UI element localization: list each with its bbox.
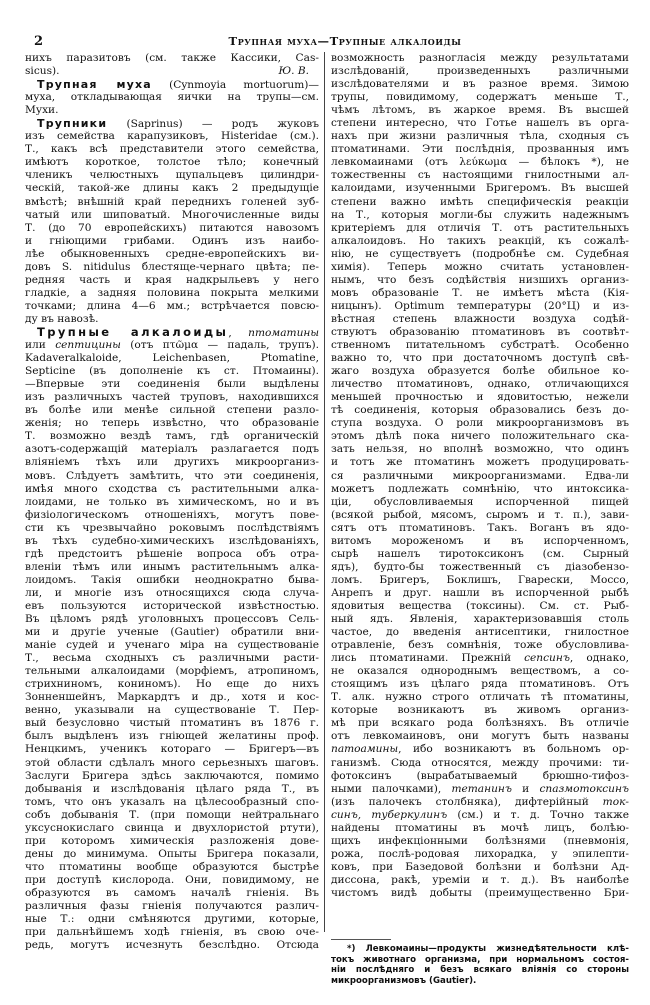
text-line: —Впервые эти соединенія были выдѣлены [25, 378, 319, 391]
text-line: нахъ при жизни различныя тѣла, сходныя с… [331, 130, 629, 143]
italic-term: сепсинъ [524, 652, 570, 664]
entry-text: или [25, 339, 55, 351]
text-line: Т. возможно вездѣ тамъ, гдѣ органическій [25, 430, 319, 443]
entry-text: мѣ при всякаго рода болѣзняхъ. Въ отличі… [331, 717, 629, 729]
entry-text: Т. алк. нужно строго отличать тѣ птомати… [331, 691, 629, 703]
text-line: стоящимъ изъ цѣлаго ряда птоматиновъ. От… [331, 678, 629, 691]
entry-text: ціи, обусловливаемыя испорченной пищей [331, 496, 629, 508]
text-line: ковъ, при Базедовой болѣзни и болѣзни Ад… [331, 861, 629, 874]
footnote-line: токъ животнаго организма, при нормальном… [331, 955, 629, 966]
text-line: при дальнѣйшемъ ходѣ гніенія, въ свою оч… [25, 926, 319, 939]
text-line: химія). Теперь можно считать установлен- [331, 261, 629, 274]
text-line: левкомаинами (отъ λεύκωμα — бѣлокъ *), н… [331, 156, 629, 169]
text-line: мѣ при всякаго рода болѣзняхъ. Въ отличі… [331, 717, 629, 730]
text-line: въ болѣе или менѣе сильной степени разло… [25, 404, 319, 417]
text-line: Т., весьма сходныхъ съ различными расти- [25, 652, 319, 665]
entry-headword: Трупная муха [37, 78, 152, 91]
footnote-line: микроорганизмовъ (Gautier). [331, 976, 629, 987]
entry-text: этой области сдѣлалъ много серьезныхъ ша… [25, 757, 319, 769]
text-line: вѣстная степень влажности воздуха содѣй- [331, 313, 629, 326]
entry-text: трупы, повидимому, содержатъ меньше Т., [331, 91, 629, 103]
entry-text: Т. возможно вездѣ тамъ, гдѣ органическій [25, 430, 319, 442]
text-line: или септицины (отъ πτῶμα — падаль, трупъ… [25, 339, 319, 352]
entry-text: химія). Теперь можно считать установлен- [331, 261, 629, 273]
entry-text: (изъ палочекъ столбняка), дифтерійный [331, 796, 603, 808]
entry-text: важно то, что при достаточномъ доступѣ с… [331, 352, 629, 364]
author-signature: Ю. В. [278, 65, 319, 78]
text-line: нихъ паразитовъ (см. также Кассики, Cas- [25, 52, 319, 65]
entry-text: Ненцкимъ, ученикъ котораго — Бригеръ—въ [25, 743, 319, 755]
text-line: зать нельзя, но вполнѣ возможно, что оди… [331, 443, 629, 456]
entry-text: дены до минимума. Опыты Бригера показали… [25, 848, 319, 860]
entry-text: ственномъ питательномъ субстратѣ. Особен… [331, 339, 629, 351]
text-line: ся различными микроорганизмами. Едва-ли [331, 470, 629, 483]
text-line: при доступѣ кислорода. Они, повидимому, … [25, 874, 319, 887]
text-line: тѣ соединенія, которыя образовались безъ… [331, 404, 629, 417]
entry-text: Т. (до 70 европейскихъ) питаются навозом… [25, 222, 319, 234]
entry-text: вленіи тѣмъ или инымъ растительнымъ алка… [25, 561, 319, 573]
entry-text: муха, откладывающая яички на трупы—см. [25, 91, 319, 103]
entry-text: сти къ чрезвычайно роковымъ послѣдствіям… [25, 522, 319, 534]
text-line: ли, и многіе изъ относящихся сюда случа- [25, 587, 319, 600]
entry-text: нахъ при жизни различныя тѣла, сходныя с… [331, 130, 629, 142]
entry-text: въ тѣхъ судебно-химическихъ изслѣдованія… [25, 535, 319, 547]
text-line: этой области сдѣлалъ много серьезныхъ ша… [25, 757, 319, 770]
entry-text: калоидами, изученными Бригеромъ. Въ высш… [331, 182, 629, 194]
text-line: гдѣ предстоитъ рѣшеніе вопроса объ отра- [25, 548, 319, 561]
entry-text: имѣя много сходства съ растительными алк… [25, 483, 319, 495]
entry-text: ломъ. Бригеръ, Боклишъ, Гварески, Моссо, [331, 574, 629, 586]
entry-text: редняя часть и края надкрыльевъ у него [25, 274, 319, 286]
text-line: имѣютъ короткое, толстое тѣло; конечный [25, 156, 319, 169]
entry-text: въ болѣе или менѣе сильной степени разло… [25, 404, 319, 416]
text-line: Заслуги Бригера здѣсь заключаются, помим… [25, 770, 319, 783]
entry-text: зать нельзя, но вполнѣ возможно, что оди… [331, 443, 629, 455]
text-line: чатый или шиповатый. Многочисленные виды [25, 209, 319, 222]
entry-text: былъ выдѣленъ изъ гніющей желатины проф. [25, 730, 319, 742]
text-line: гладкіе, а задняя половина покрыта мелки… [25, 287, 319, 300]
entry-text: критеріемъ для отличія Т. отъ растительн… [331, 222, 629, 234]
entry-text: витомъ мороженомъ и въ испорченномъ, [331, 535, 629, 547]
entry-text: (всякой рыбой, мясомъ, сыромъ и т. п.), … [331, 509, 629, 521]
text-line: муха, откладывающая яички на трупы—см. [25, 91, 319, 104]
text-line: калоидами, изученными Бригеромъ. Въ высш… [331, 182, 629, 195]
entry-text: ными палочками), [331, 783, 451, 795]
text-line: ломъ. Бригеръ, Боклишъ, Гварески, Моссо, [331, 574, 629, 587]
text-line: лоидомъ. Такія ошибки неоднократно быва- [25, 574, 319, 587]
entry-text: Зонненшейнъ, Маркардтъ и др., хотя и кос… [25, 691, 319, 703]
italic-term: патоамины [331, 743, 398, 755]
footnote: *) Левкомаины—продукты жизнедѣятельности… [331, 944, 629, 986]
entry-text: редь, могутъ исчезнуть безслѣдно. Отсюда [25, 939, 319, 951]
text-line: чѣмъ лѣтомъ, въ жаркое время. Въ высшей [331, 104, 629, 117]
text-line: изъ различныхъ частей труповъ, находивши… [25, 391, 319, 404]
text-line: сятъ отъ птоматиновъ. Такъ. Воганъ въ яд… [331, 522, 629, 535]
entry-text: диссона, ракѣ, уреміи и т. д.). Въ наибо… [331, 874, 629, 886]
entry-text: которые возникаютъ въ живомъ организ- [331, 704, 629, 716]
text-line: патоамины, ибо возникаютъ въ больномъ ор… [331, 743, 629, 756]
text-line: ступа воздуха. О роли микроорганизмовъ в… [331, 417, 629, 430]
column-divider [324, 52, 325, 932]
text-line: образуются въ самомъ началѣ гніенія. Въ [25, 887, 319, 900]
page-header: 2 Трупная муха—Трупные алкалоиды [0, 34, 650, 50]
entry-text: щихъ инфекціонными болѣзнями (пневмонія, [331, 835, 629, 847]
text-line: ческій, такой-же длины какъ 2 предыдущіе [25, 182, 319, 195]
text-line: важно то, что при достаточномъ доступѣ с… [331, 352, 629, 365]
running-title: Трупная муха—Трупные алкалоиды [0, 34, 650, 48]
text-line: можетъ подлежать сомнѣнію, что интоксика… [331, 483, 629, 496]
entry-text: маніе судей и ученаго міра на существова… [25, 639, 319, 651]
entry-text: ковъ, при Базедовой болѣзни и болѣзни Ад… [331, 861, 629, 873]
entry-text: степени интересно, что Готье нашелъ въ о… [331, 117, 629, 129]
entry-text: ный ядъ. Явленія, характеризовавшія стол… [331, 613, 629, 625]
entry-text: что птоматины вообще образуются быстрѣе [25, 861, 319, 873]
text-line: лоидами, не только въ химическомъ, но и … [25, 496, 319, 509]
entry-text: алкалоидовъ. Но такихъ реакцій, къ сожал… [331, 235, 629, 247]
entry-text: при которомъ химическія разложенія дове- [25, 835, 319, 847]
entry-text: Kadaveralkaloide, Leichenbasen, Ptomatin… [25, 352, 319, 364]
entry-text: изслѣдователями и въ разное время. Зимою [331, 78, 629, 90]
text-line: имѣя много сходства съ растительными алк… [25, 483, 319, 496]
entry-text: не оказался однороднымъ веществомъ, а со… [331, 665, 629, 677]
entry-text: (Cynmoyia mortuorum)— [152, 79, 319, 91]
text-line: на Т., которыя могли-бы служить надежным… [331, 209, 629, 222]
text-line: нымъ, что безъ содѣйствія низшихъ органи… [331, 274, 629, 287]
text-line: лѣе обыкновенныхъ средне-европейскихъ ви… [25, 248, 319, 261]
text-line: женія; но теперь извѣстно, что образован… [25, 417, 319, 430]
text-line: ганизмѣ. Сюда относятся, между прочими: … [331, 757, 629, 770]
text-line: витомъ мороженомъ и въ испорченномъ, [331, 535, 629, 548]
entry-text: Septicine (въ дополненіе къ ст. Птомаины… [25, 365, 319, 377]
entry-text: , [228, 327, 248, 339]
entry-text: ганизмѣ. Сюда относятся, между прочими: … [331, 757, 629, 769]
text-line: степени важно имѣть специфическія реакці… [331, 196, 629, 209]
entry-text: довъ S. nitidulus блестяще-чернаго цвѣта… [25, 261, 319, 273]
entry-text: сырѣ нашелъ тиротоксиконъ (см. Сырный [331, 548, 629, 560]
entry-text: и гніющими грибами. Одинъ изъ наибо- [25, 235, 319, 247]
entry-text: образуются въ самомъ началѣ гніенія. Въ [25, 887, 319, 899]
text-line: вленіи тѣмъ или инымъ растительнымъ алка… [25, 561, 319, 574]
entry-text: ду въ навозѣ. [25, 313, 98, 325]
text-line: изъ семейства карапузиковъ, Histeridae (… [25, 130, 319, 143]
text-line: мовъ. Слѣдуетъ замѣтить, что эти соедине… [25, 470, 319, 483]
text-line: физіологическомъ отношеніяхъ, могутъ пов… [25, 509, 319, 522]
entry-text: лоидами, не только въ химическомъ, но и … [25, 496, 319, 508]
entry-text: фотоксинъ (вырабатываемый брюшно-тифоз- [331, 770, 629, 782]
footnote-line: ніи послѣдняго и безъ всякаго вліянія со… [331, 965, 629, 976]
text-line: щихъ инфекціонными болѣзнями (пневмонія, [331, 835, 629, 848]
entry-headword: Трупные алкалоиды [37, 326, 228, 339]
entry-text: нихъ паразитовъ (см. также Кассики, Cas- [25, 52, 319, 64]
text-line: Анрепъ и друг. нашли въ испорченной рыбѣ [331, 587, 629, 600]
text-line: Трупники (Saprinus) — родъ жуковъ [25, 117, 319, 130]
entry-text: венно, указывали на существованіе Т. Пер… [25, 704, 319, 716]
entry-text: Т., весьма сходныхъ съ различными расти- [25, 652, 319, 664]
text-line: ядъ), будто-бы тожественный съ діазобенз… [331, 561, 629, 574]
entry-text: степени важно имѣть специфическія реакці… [331, 196, 629, 208]
entry-text: вый безусловно чистый птоматинъ въ 1876 … [25, 717, 319, 729]
entry-text: нію, не существуетъ (подробнѣе см. Судеб… [331, 248, 629, 260]
text-line: Зонненшейнъ, Маркардтъ и др., хотя и кос… [25, 691, 319, 704]
entry-text: тельными алкалоидами (морфіемъ, атропино… [25, 665, 319, 677]
entry-text: ли, и многіе изъ относящихся сюда случа- [25, 587, 319, 599]
entry-text: ницынъ). Optimum температуры (20°Ц) и из… [331, 300, 629, 312]
entry-text: при дальнѣйшемъ ходѣ гніенія, въ свою оч… [25, 926, 319, 938]
entry-text: ступа воздуха. О роли микроорганизмовъ в… [331, 417, 629, 429]
text-line: ду въ навозѣ. [25, 313, 319, 326]
entry-text: собъ добыванія Т. (при помощи нейтральна… [25, 809, 319, 821]
entry-text: добыванія и изслѣдованія цѣлаго ряда Т.,… [25, 783, 319, 795]
text-line: Трупные алкалоиды, птоматины [25, 326, 319, 339]
entry-text: частое, до введенія антисептики, гнилост… [331, 626, 629, 638]
entry-text: ные Т.: одни смѣняются другими, которые, [25, 913, 319, 925]
entry-text: тожественны съ настоящими гнилостными ал… [331, 169, 629, 181]
entry-text: Заслуги Бригера здѣсь заключаются, помим… [25, 770, 319, 782]
text-line: сырѣ нашелъ тиротоксиконъ (см. Сырный [331, 548, 629, 561]
text-line: ми и другіе ученые (Gautier) обратили вн… [25, 626, 319, 639]
text-line: жаго воздуха образуется болѣе обильное к… [331, 365, 629, 378]
entry-text: изслѣдованій, произведенныхъ различными [331, 65, 629, 77]
entry-text: , ибо возникаютъ въ больномъ ор- [398, 743, 629, 755]
text-line: ственномъ питательномъ субстратѣ. Особен… [331, 339, 629, 352]
text-line: личество птоматиновъ, однако, отличающих… [331, 378, 629, 391]
footnote-line: *) Левкомаины—продукты жизнедѣятельности… [331, 944, 629, 955]
text-line: не оказался однороднымъ веществомъ, а со… [331, 665, 629, 678]
entry-text: сятъ отъ птоматиновъ. Такъ. Воганъ въ яд… [331, 522, 629, 534]
entry-text: мовъ. Слѣдуетъ замѣтить, что эти соедине… [25, 470, 319, 482]
entry-text: чѣмъ лѣтомъ, въ жаркое время. Въ высшей [331, 104, 629, 116]
entry-text: имѣютъ короткое, толстое тѣло; конечный [25, 156, 319, 168]
entry-text: ядъ), будто-бы тожественный съ діазобенз… [331, 561, 629, 573]
entry-text: на Т., которыя могли-бы служить надежным… [331, 209, 629, 221]
text-line: вмѣстѣ; внѣшній край переднихъ голеней з… [25, 196, 319, 209]
text-line: точками; длина 4—6 мм.; встрѣчается повс… [25, 300, 319, 313]
text-line: нію, не существуетъ (подробнѣе см. Судеб… [331, 248, 629, 261]
text-line: диссона, ракѣ, уреміи и т. д.). Въ наибо… [331, 874, 629, 887]
right-column: возможность разногласія между результата… [331, 52, 629, 900]
left-column: нихъ паразитовъ (см. также Кассики, Cas-… [25, 52, 319, 952]
text-line: степени интересно, что Готье нашелъ въ о… [331, 117, 629, 130]
text-line: ными палочками), тетанинъ и спазмотоксин… [331, 783, 629, 796]
text-line: трупы, повидимому, содержатъ меньше Т., [331, 91, 629, 104]
entry-text: меньшей прочностью и ядовитостью, нежели [331, 391, 629, 403]
entry-text: левкомаинами (отъ λεύκωμα — бѣлокъ *), н… [331, 156, 629, 168]
text-line: сти къ чрезвычайно роковымъ послѣдствіям… [25, 522, 319, 535]
entry-text: нымъ, что безъ содѣйствія низшихъ органи… [331, 274, 629, 286]
text-line: которые возникаютъ въ живомъ организ- [331, 704, 629, 717]
text-line: венно, указывали на существованіе Т. Пер… [25, 704, 319, 717]
text-line: критеріемъ для отличія Т. отъ растительн… [331, 222, 629, 235]
text-line: членикъ челюстныхъ щупальцевъ цилиндри- [25, 169, 319, 182]
text-line: и гніющими грибами. Одинъ изъ наибо- [25, 235, 319, 248]
text-line: Septicine (въ дополненіе къ ст. Птомаины… [25, 365, 319, 378]
text-line: изслѣдованій, произведенныхъ различными [331, 65, 629, 78]
entry-text: изъ семейства карапузиковъ, Histeridae (… [25, 130, 319, 142]
text-line: синъ, туберкулинъ (см.) и т. д. Точно та… [331, 809, 629, 822]
entry-text: лѣе обыкновенныхъ средне-европейскихъ ви… [25, 248, 319, 260]
text-line: редняя часть и края надкрыльевъ у него [25, 274, 319, 287]
text-line: ницынъ). Optimum температуры (20°Ц) и из… [331, 300, 629, 313]
italic-term: синъ, туберкулинъ [331, 809, 447, 821]
text-line: Ненцкимъ, ученикъ котораго — Бригеръ—въ [25, 743, 319, 756]
text-line: азотъ-содержащій матеріалъ разлагается п… [25, 443, 319, 456]
entry-text: ствуютъ образованію птоматиновъ въ соотв… [331, 326, 629, 338]
entry-text: физіологическомъ отношеніяхъ, могутъ пов… [25, 509, 319, 521]
text-line: мовъ образованіе Т. не имѣетъ мѣста (Кія… [331, 287, 629, 300]
entry-text: ми и другіе ученые (Gautier) обратили вн… [25, 626, 319, 638]
entry-text: Анрепъ и друг. нашли въ испорченной рыбѣ [331, 587, 629, 599]
text-line: евъ пользуются исторической извѣстностью… [25, 600, 319, 613]
entry-text: —Впервые эти соединенія были выдѣлены [25, 378, 319, 390]
text-line: Трупная муха (Cynmoyia mortuorum)— [25, 78, 319, 91]
text-line: маніе судей и ученаго міра на существова… [25, 639, 319, 652]
text-line: что птоматины вообще образуются быстрѣе [25, 861, 319, 874]
entry-text: рожа, послѣ-родовая лихорадка, у эпилепт… [331, 848, 629, 860]
italic-term: тетанинъ [451, 783, 512, 795]
text-line: уксуснокислаго свинца и двухлористой рту… [25, 822, 319, 835]
entry-text: при доступѣ кислорода. Они, повидимому, … [25, 874, 319, 886]
footnote-rule [331, 939, 391, 940]
text-line: Въ цѣломъ рядѣ уголовныхъ процессовъ Сел… [25, 613, 319, 626]
text-line: (всякой рыбой, мясомъ, сыромъ и т. п.), … [331, 509, 629, 522]
entry-text: вліяніемъ тѣхъ или другихъ микроорганиз- [25, 456, 319, 468]
text-line: отъ левкомаиновъ, они могутъ быть назван… [331, 730, 629, 743]
text-line: дены до минимума. Опыты Бригера показали… [25, 848, 319, 861]
entry-text: отъ левкомаиновъ, они могутъ быть назван… [331, 730, 629, 742]
entry-text: евъ пользуются исторической извѣстностью… [25, 600, 319, 612]
text-line: Мухи. [25, 104, 319, 117]
text-line: Т., какъ всѣ представители этого семейст… [25, 143, 319, 156]
entry-text: (отъ πτῶμα — падаль, трупъ). [121, 339, 319, 351]
text-line: стрихниномъ, кониномъ). Но еще до нихъ [25, 678, 319, 691]
entry-text: членикъ челюстныхъ щупальцевъ цилиндри- [25, 169, 319, 181]
italic-term: септицины [55, 339, 121, 351]
text-line: при которомъ химическія разложенія дове- [25, 835, 319, 848]
entry-text: и [512, 783, 539, 795]
entry-text: чистомъ видѣ добыты (преимущественно Бри… [331, 887, 629, 899]
text-line: ствуютъ образованію птоматиновъ въ соотв… [331, 326, 629, 339]
text-line: вый безусловно чистый птоматинъ въ 1876 … [25, 717, 319, 730]
entry-headword: Трупники [37, 117, 107, 130]
text-line: (изъ палочекъ столбняка), дифтерійный то… [331, 796, 629, 809]
text-line: томъ, что онъ указалъ на цѣлесообразный … [25, 796, 319, 809]
text-line: тожественны съ настоящими гнилостными ал… [331, 169, 629, 182]
entry-text: женія; но теперь извѣстно, что образован… [25, 417, 319, 429]
entry-text: различныя фазы гніенія получаются различ… [25, 900, 319, 912]
entry-text: птоматинами. Эти послѣднія, прозванныя и… [331, 143, 629, 155]
entry-text: найдены птоматины въ мочѣ лицъ, болѣю- [331, 822, 629, 834]
entry-text: гдѣ предстоитъ рѣшеніе вопроса объ отра- [25, 548, 319, 560]
text-line: Т. алк. нужно строго отличать тѣ птомати… [331, 691, 629, 704]
entry-text: стоящимъ изъ цѣлаго ряда птоматиновъ. От… [331, 678, 629, 690]
text-line: тельными алкалоидами (морфіемъ, атропино… [25, 665, 319, 678]
entry-text: уксуснокислаго свинца и двухлористой рту… [25, 822, 319, 834]
entry-text: вмѣстѣ; внѣшній край переднихъ голеней з… [25, 196, 319, 208]
entry-text: изъ различныхъ частей труповъ, находивши… [25, 391, 319, 403]
text-line: рожа, послѣ-родовая лихорадка, у эпилепт… [331, 848, 629, 861]
entry-text: стрихниномъ, кониномъ). Но еще до нихъ [25, 678, 319, 690]
entry-text: лоидомъ. Такія ошибки неоднократно быва- [25, 574, 319, 586]
entry-text: , однако, [570, 652, 629, 664]
entry-text: лись птоматинами. Прежній [331, 652, 524, 664]
text-line: и тотъ же птоматинъ можетъ продуцировать… [331, 456, 629, 469]
text-line: довъ S. nitidulus блестяще-чернаго цвѣта… [25, 261, 319, 274]
text-line: былъ выдѣленъ изъ гніющей желатины проф. [25, 730, 319, 743]
entry-text: Въ цѣломъ рядѣ уголовныхъ процессовъ Сел… [25, 613, 319, 625]
text-line: Kadaveralkaloide, Leichenbasen, Ptomatin… [25, 352, 319, 365]
entry-text: тѣ соединенія, которыя образовались безъ… [331, 404, 629, 416]
text-line: ядовитыя вещества (токсины). См. ст. Рыб… [331, 600, 629, 613]
entry-text: Т., какъ всѣ представители этого семейст… [25, 143, 319, 155]
entry-text: томъ, что онъ указалъ на цѣлесообразный … [25, 796, 319, 808]
text-line: собъ добыванія Т. (при помощи нейтральна… [25, 809, 319, 822]
entry-text: (Saprinus) — родъ жуковъ [107, 118, 319, 130]
entry-text: отравленіе, безъ сомнѣнія, тоже обусловл… [331, 639, 629, 651]
text-line: ные Т.: одни смѣняются другими, которые, [25, 913, 319, 926]
entry-text: этомъ дѣлѣ пока ничего положительнаго ск… [331, 430, 629, 442]
italic-term: спазмотоксинъ [539, 783, 629, 795]
entry-text: (см.) и т. д. Точно также [447, 809, 629, 821]
text-line: найдены птоматины въ мочѣ лицъ, болѣю- [331, 822, 629, 835]
text-line: алкалоидовъ. Но такихъ реакцій, къ сожал… [331, 235, 629, 248]
text-line: меньшей прочностью и ядовитостью, нежели [331, 391, 629, 404]
text-line: Т. (до 70 европейскихъ) питаются навозом… [25, 222, 319, 235]
entry-text: и тотъ же птоматинъ можетъ продуцировать… [331, 456, 629, 468]
text-line: отравленіе, безъ сомнѣнія, тоже обусловл… [331, 639, 629, 652]
text-line: sicus).Ю. В. [25, 65, 319, 78]
text-line: частое, до введенія антисептики, гнилост… [331, 626, 629, 639]
text-line: ціи, обусловливаемыя испорченной пищей [331, 496, 629, 509]
italic-term: птоматины [248, 327, 319, 339]
text-line: въ тѣхъ судебно-химическихъ изслѣдованія… [25, 535, 319, 548]
entry-text: мовъ образованіе Т. не имѣетъ мѣста (Кія… [331, 287, 629, 299]
entry-text: Мухи. [25, 104, 58, 116]
text-line: чистомъ видѣ добыты (преимущественно Бри… [331, 887, 629, 900]
entry-text: ческій, такой-же длины какъ 2 предыдущіе [25, 182, 319, 194]
entry-text: возможность разногласія между результата… [331, 52, 629, 64]
text-line: лись птоматинами. Прежній сепсинъ, однак… [331, 652, 629, 665]
entry-text: ядовитыя вещества (токсины). См. ст. Рыб… [331, 600, 629, 612]
entry-text: можетъ подлежать сомнѣнію, что интоксика… [331, 483, 629, 495]
text-line: различныя фазы гніенія получаются различ… [25, 900, 319, 913]
text-line: вліяніемъ тѣхъ или другихъ микроорганиз- [25, 456, 319, 469]
text-line: ный ядъ. Явленія, характеризовавшія стол… [331, 613, 629, 626]
entry-text: вѣстная степень влажности воздуха содѣй- [331, 313, 629, 325]
entry-text: жаго воздуха образуется болѣе обильное к… [331, 365, 629, 377]
text-line: птоматинами. Эти послѣднія, прозванныя и… [331, 143, 629, 156]
entry-text: личество птоматиновъ, однако, отличающих… [331, 378, 629, 390]
entry-text: точками; длина 4—6 мм.; встрѣчается повс… [25, 300, 319, 312]
text-line: возможность разногласія между результата… [331, 52, 629, 65]
entry-text: ся различными микроорганизмами. Едва-ли [331, 470, 629, 482]
entry-text: азотъ-содержащій матеріалъ разлагается п… [25, 443, 319, 455]
text-line: добыванія и изслѣдованія цѣлаго ряда Т.,… [25, 783, 319, 796]
text-line: фотоксинъ (вырабатываемый брюшно-тифоз- [331, 770, 629, 783]
entry-text: чатый или шиповатый. Многочисленные виды [25, 209, 319, 221]
text-line: этомъ дѣлѣ пока ничего положительнаго ск… [331, 430, 629, 443]
text-line: редь, могутъ исчезнуть безслѣдно. Отсюда [25, 939, 319, 952]
entry-text: гладкіе, а задняя половина покрыта мелки… [25, 287, 319, 299]
entry-text: sicus). [25, 65, 60, 78]
italic-term: ток- [603, 796, 629, 808]
text-line: изслѣдователями и въ разное время. Зимою [331, 78, 629, 91]
